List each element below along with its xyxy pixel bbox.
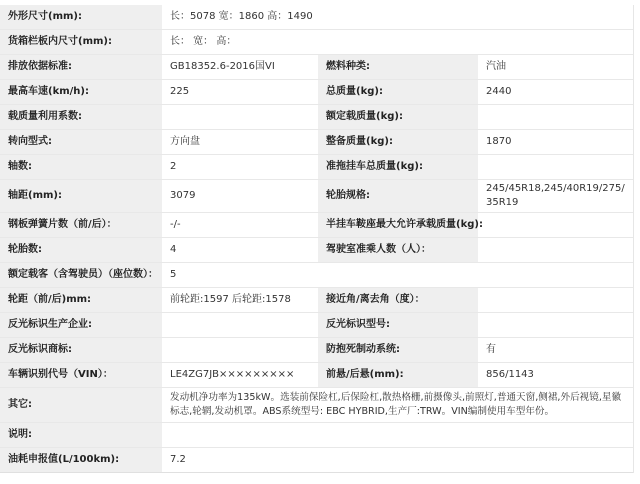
row-steering-curb: 转向型式: 方向盘 整备质量(kg): 1870 [0, 130, 633, 155]
row-vin-overhang: 车辆识别代号（VIN）： LE4ZG7JB××××××××× 前悬/后悬(mm)… [0, 363, 633, 388]
label-seats: 额定载客（含驾驶员）（座位数）： [0, 263, 162, 288]
value-fuel-type: 汽油 [478, 55, 633, 80]
label-saddle-load: 半挂车鞍座最大允许承载质量(kg): [318, 213, 478, 238]
label-approach-departure: 接近角/离去角（度）： [318, 288, 478, 313]
label-max-speed: 最高车速(km/h): [0, 80, 162, 105]
label-abs: 防抱死制动系统: [318, 338, 478, 363]
label-wheelbase: 轴距(mm): [0, 180, 162, 213]
value-tire-spec: 245/45R18,245/40R19/275/35R19 [478, 180, 633, 213]
value-wheelbase: 3079 [162, 180, 318, 213]
value-cargo-dimensions: 长： 宽： 高： [162, 30, 633, 55]
label-trailer-mass: 准拖挂车总质量(kg): [318, 155, 478, 180]
label-notes: 说明: [0, 423, 162, 448]
value-leaf-springs: -/- [162, 213, 318, 238]
row-emission-fuel: 排放依据标准: GB18352.6-2016国VI 燃料种类: 汽油 [0, 55, 633, 80]
value-overhang: 856/1143 [478, 363, 633, 388]
value-axle-count: 2 [162, 155, 318, 180]
label-load-coefficient: 载质量利用系数: [0, 105, 162, 130]
label-track: 轮距（前/后)mm: [0, 288, 162, 313]
row-dimensions: 外形尺寸(mm): 长：5078 宽：1860 高：1490 [0, 5, 633, 30]
value-rated-load [478, 105, 633, 130]
value-vin: LE4ZG7JB××××××××× [162, 363, 318, 388]
value-curb-mass: 1870 [478, 130, 633, 155]
value-reflector-maker [162, 313, 318, 338]
value-saddle-load [478, 213, 633, 238]
value-trailer-mass [478, 155, 633, 180]
label-other: 其它: [0, 388, 162, 423]
label-emission-standard: 排放依据标准: [0, 55, 162, 80]
value-tire-count: 4 [162, 238, 318, 263]
label-vin: 车辆识别代号（VIN）： [0, 363, 162, 388]
label-cargo-dimensions: 货箱栏板内尺寸(mm): [0, 30, 162, 55]
value-total-mass: 2440 [478, 80, 633, 105]
value-reflector-model [478, 313, 633, 338]
row-load-coefficient: 载质量利用系数: 额定载质量(kg): [0, 105, 633, 130]
label-steering-type: 转向型式: [0, 130, 162, 155]
row-fuel-consumption: 油耗申报值(L/100km): 7.2 [0, 448, 633, 473]
label-fuel-consumption: 油耗申报值(L/100km): [0, 448, 162, 473]
value-notes [162, 423, 633, 448]
row-other: 其它: 发动机净功率为135kW。选装前保险杠,后保险杠,散热格栅,前摄像头,前… [0, 388, 633, 423]
label-total-mass: 总质量(kg): [318, 80, 478, 105]
value-dimensions: 长：5078 宽：1860 高：1490 [162, 5, 633, 30]
value-steering-type: 方向盘 [162, 130, 318, 155]
row-track-angles: 轮距（前/后)mm: 前轮距:1597 后轮距:1578 接近角/离去角（度）： [0, 288, 633, 313]
label-fuel-type: 燃料种类: [318, 55, 478, 80]
vehicle-spec-table: 外形尺寸(mm): 长：5078 宽：1860 高：1490 货箱栏板内尺寸(m… [0, 5, 634, 473]
row-notes: 说明: [0, 423, 633, 448]
value-approach-departure [478, 288, 633, 313]
row-cargo-dimensions: 货箱栏板内尺寸(mm): 长： 宽： 高： [0, 30, 633, 55]
label-overhang: 前悬/后悬(mm): [318, 363, 478, 388]
label-reflector-model: 反光标识型号: [318, 313, 478, 338]
value-cab-passengers [478, 238, 633, 263]
label-curb-mass: 整备质量(kg): [318, 130, 478, 155]
value-fuel-consumption: 7.2 [162, 448, 633, 473]
label-rated-load: 额定载质量(kg): [318, 105, 478, 130]
label-dimensions: 外形尺寸(mm): [0, 5, 162, 30]
value-load-coefficient [162, 105, 318, 130]
label-leaf-springs: 钢板弹簧片数（前/后）： [0, 213, 162, 238]
label-reflector-maker: 反光标识生产企业: [0, 313, 162, 338]
label-tire-spec: 轮胎规格: [318, 180, 478, 213]
value-track: 前轮距:1597 后轮距:1578 [162, 288, 318, 313]
row-tire-count-cab: 轮胎数: 4 驾驶室准乘人数（人）： [0, 238, 633, 263]
row-reflector-brand-abs: 反光标识商标: 防抱死制动系统: 有 [0, 338, 633, 363]
row-speed-mass: 最高车速(km/h): 225 总质量(kg): 2440 [0, 80, 633, 105]
value-seats: 5 [162, 263, 633, 288]
value-emission-standard: GB18352.6-2016国VI [162, 55, 318, 80]
row-seats: 额定载客（含驾驶员）（座位数）： 5 [0, 263, 633, 288]
row-reflector-maker-model: 反光标识生产企业: 反光标识型号: [0, 313, 633, 338]
label-axle-count: 轴数: [0, 155, 162, 180]
label-cab-passengers: 驾驶室准乘人数（人）： [318, 238, 478, 263]
value-other: 发动机净功率为135kW。选装前保险杠,后保险杠,散热格栅,前摄像头,前照灯,普… [162, 388, 633, 423]
label-reflector-brand: 反光标识商标: [0, 338, 162, 363]
value-max-speed: 225 [162, 80, 318, 105]
label-tire-count: 轮胎数: [0, 238, 162, 263]
row-axles-trailer: 轴数: 2 准拖挂车总质量(kg): [0, 155, 633, 180]
row-wheelbase-tires: 轴距(mm): 3079 轮胎规格: 245/45R18,245/40R19/2… [0, 180, 633, 213]
row-springs-saddle: 钢板弹簧片数（前/后）： -/- 半挂车鞍座最大允许承载质量(kg): [0, 213, 633, 238]
value-abs: 有 [478, 338, 633, 363]
value-reflector-brand [162, 338, 318, 363]
